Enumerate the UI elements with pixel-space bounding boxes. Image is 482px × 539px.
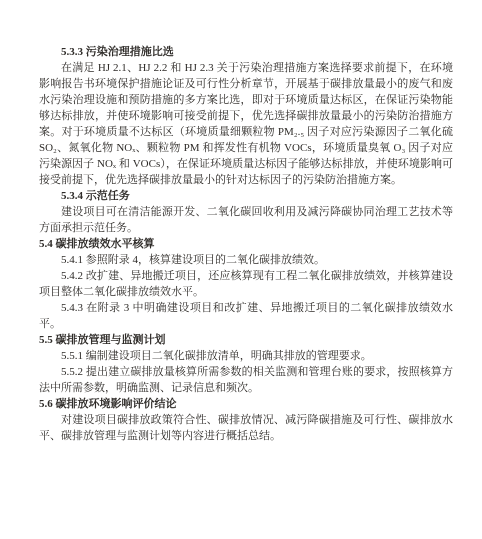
section-heading-5-5: 5.5 碳排放管理与监测计划 [39,332,453,348]
paragraph-5-4-1: 5.4.1 参照附录 4，核算建设项目的二氧化碳排放绩效。 [39,252,453,268]
paragraph-pollution-measure-comparison: 在满足 HJ 2.1、HJ 2.2 和 HJ 2.3 关于污染治理措施方案选择要… [39,60,453,188]
section-heading-5-4: 5.4 碳排放绩效水平核算 [39,236,453,252]
paragraph-5-5-1: 5.5.1 编制建设项目二氧化碳排放清单，明确其排放的管理要求。 [39,348,453,364]
paragraph-demonstration-tasks: 建设项目可在清洁能源开发、二氧化碳回收利用及减污降碳协同治理工艺技术等方面承担示… [39,204,453,236]
section-heading-5-3-3: 5.3.3 污染治理措施比选 [39,44,453,60]
paragraph-5-5-2: 5.5.2 提出建立碳排放量核算所需参数的相关监测和管理台账的要求，按照核算方法… [39,364,453,396]
section-heading-5-3-4: 5.3.4 示范任务 [39,188,453,204]
section-heading-5-6: 5.6 碳排放环境影响评价结论 [39,396,453,412]
document-page: 5.3.3 污染治理措施比选 在满足 HJ 2.1、HJ 2.2 和 HJ 2.… [0,0,482,539]
document-content: 5.3.3 污染治理措施比选 在满足 HJ 2.1、HJ 2.2 和 HJ 2.… [39,34,453,444]
paragraph-5-4-2: 5.4.2 改扩建、异地搬迁项目，还应核算现有工程二氧化碳排放绩效，并核算建设项… [39,268,453,300]
paragraph-conclusion-summary: 对建设项目碳排放政策符合性、碳排放情况、减污降碳措施及可行性、碳排放水平、碳排放… [39,412,453,444]
paragraph-5-4-3: 5.4.3 在附录 3 中明确建设项目和改扩建、异地搬迁项目的二氧化碳排放绩效水… [39,300,453,332]
